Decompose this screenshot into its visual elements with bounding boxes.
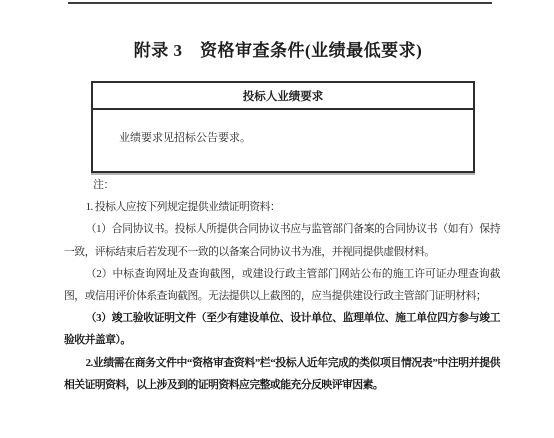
notes-label: 注： [64,174,500,196]
note-paragraph-1: 1. 投标人应按下列规定提供业绩证明资料： [64,196,500,218]
table-body-row: 业绩要求见招标公告要求。 [92,109,474,172]
page-title: 附录 3 资格审查条件(业绩最低要求) [60,36,496,61]
top-divider-rule [68,2,492,4]
note-paragraph-1-2: （2）中标查询网址及查询截图，或建设行政主管部门网站公布的施工许可证办理查询截图… [64,263,500,307]
note-paragraph-2: 2.业绩需在商务文件中“资格审查资料”栏“投标人近年完成的类似项目情况表”中注明… [64,352,500,396]
document-page: 附录 3 资格审查条件(业绩最低要求) 投标人业绩要求 业绩要求见招标公告要求。… [0,0,554,438]
note-paragraph-1-3: （3）竣工验收证明文件（至少有建设单位、设计单位、监理单位、施工单位四方参与竣工… [64,307,500,351]
table-body-cell: 业绩要求见招标公告要求。 [92,109,474,172]
bidder-performance-requirements-table: 投标人业绩要求 业绩要求见招标公告要求。 [91,81,475,173]
table-header-row: 投标人业绩要求 [92,82,474,109]
notes-section: 注： 1. 投标人应按下列规定提供业绩证明资料： （1）合同协议书。投标人所提供… [64,174,500,396]
table-header-cell: 投标人业绩要求 [92,82,474,109]
note-paragraph-1-1: （1）合同协议书。投标人所提供合同协议书应与监管部门备案的合同协议书（如有）保持… [64,218,500,262]
